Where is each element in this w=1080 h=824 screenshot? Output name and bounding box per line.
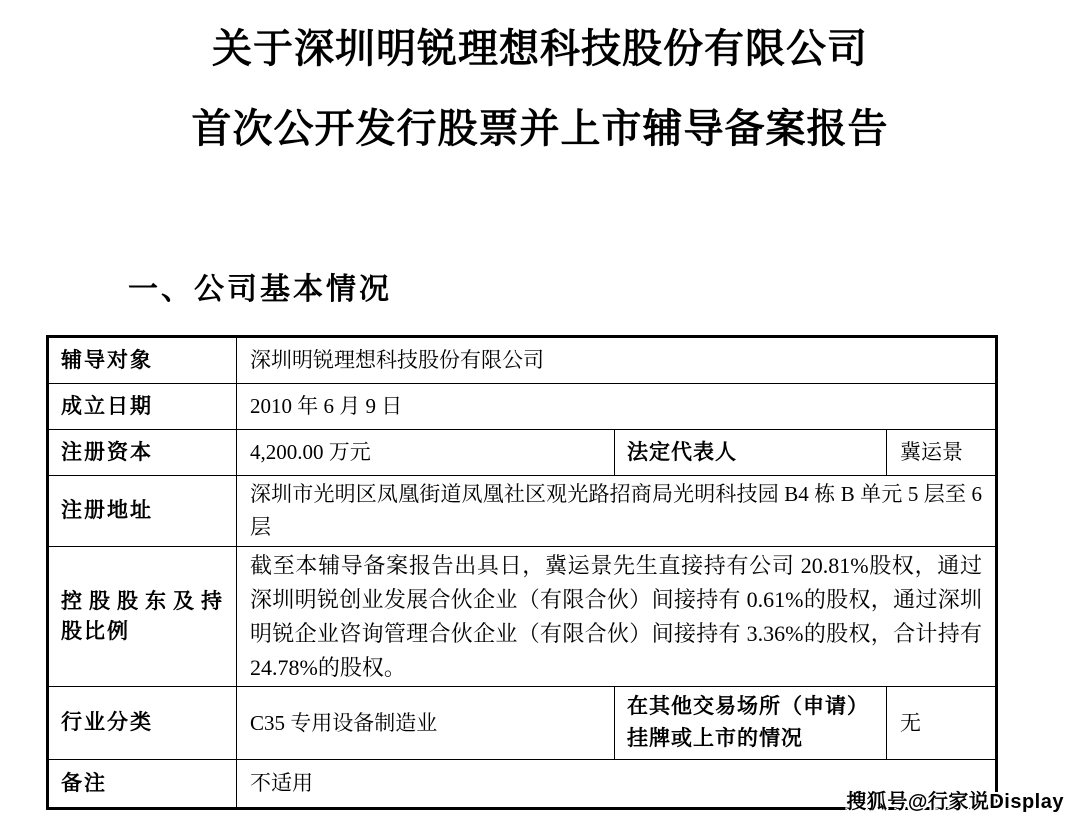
company-info-table: 辅导对象 深圳明锐理想科技股份有限公司 成立日期 2010 年 6 月 9 日 … [46, 335, 998, 810]
row-value-registered-address: 深圳市光明区凤凰街道凤凰社区观光路招商局光明科技园 B4 栋 B 单元 5 层至… [237, 476, 997, 547]
table-row-registered-capital: 注册资本 4,200.00 万元 法定代表人 冀运景 [48, 430, 997, 476]
row-value-controlling-shareholder: 截至本辅导备案报告出具日，冀运景先生直接持有公司 20.81%股权，通过深圳明锐… [237, 547, 997, 687]
row-label-registered-address: 注册地址 [48, 476, 237, 547]
row-label-controlling-shareholder-line2: 股比例 [61, 617, 224, 647]
section-heading: 一、公司基本情况 [128, 271, 392, 309]
table-row-controlling-shareholder: 控股股东及持 股比例 截至本辅导备案报告出具日，冀运景先生直接持有公司 20.8… [48, 547, 997, 687]
row-value-other-listing-status: 无 [887, 687, 997, 760]
watermark: 搜狐号@行家说Display [846, 785, 1064, 814]
row-value-legal-representative: 冀运景 [887, 430, 997, 476]
row-label-legal-representative: 法定代表人 [615, 430, 887, 476]
row-label-controlling-shareholder-line1: 控股股东及持 [61, 587, 224, 617]
table-row-registered-address: 注册地址 深圳市光明区凤凰街道凤凰社区观光路招商局光明科技园 B4 栋 B 单元… [48, 476, 997, 547]
document-title-line2: 首次公开发行股票并上市辅导备案报告 [0, 106, 1080, 152]
row-label-industry-classification: 行业分类 [48, 687, 237, 760]
row-value-tutoring-target: 深圳明锐理想科技股份有限公司 [237, 337, 997, 384]
row-label-establish-date: 成立日期 [48, 384, 237, 430]
row-value-establish-date: 2010 年 6 月 9 日 [237, 384, 997, 430]
table-row-establish-date: 成立日期 2010 年 6 月 9 日 [48, 384, 997, 430]
row-label-remarks: 备注 [48, 760, 237, 809]
row-label-controlling-shareholder: 控股股东及持 股比例 [48, 547, 237, 687]
row-label-other-listing-status: 在其他交易场所（申请）挂牌或上市的情况 [615, 687, 887, 760]
row-value-industry-classification: C35 专用设备制造业 [237, 687, 615, 760]
row-value-registered-capital: 4,200.00 万元 [237, 430, 615, 476]
document-page: 关于深圳明锐理想科技股份有限公司 首次公开发行股票并上市辅导备案报告 一、公司基… [0, 0, 1080, 824]
row-label-tutoring-target: 辅导对象 [48, 337, 237, 384]
row-label-registered-capital: 注册资本 [48, 430, 237, 476]
document-title-line1: 关于深圳明锐理想科技股份有限公司 [0, 26, 1080, 72]
table-row-industry-classification: 行业分类 C35 专用设备制造业 在其他交易场所（申请）挂牌或上市的情况 无 [48, 687, 997, 760]
table-row-tutoring-target: 辅导对象 深圳明锐理想科技股份有限公司 [48, 337, 997, 384]
